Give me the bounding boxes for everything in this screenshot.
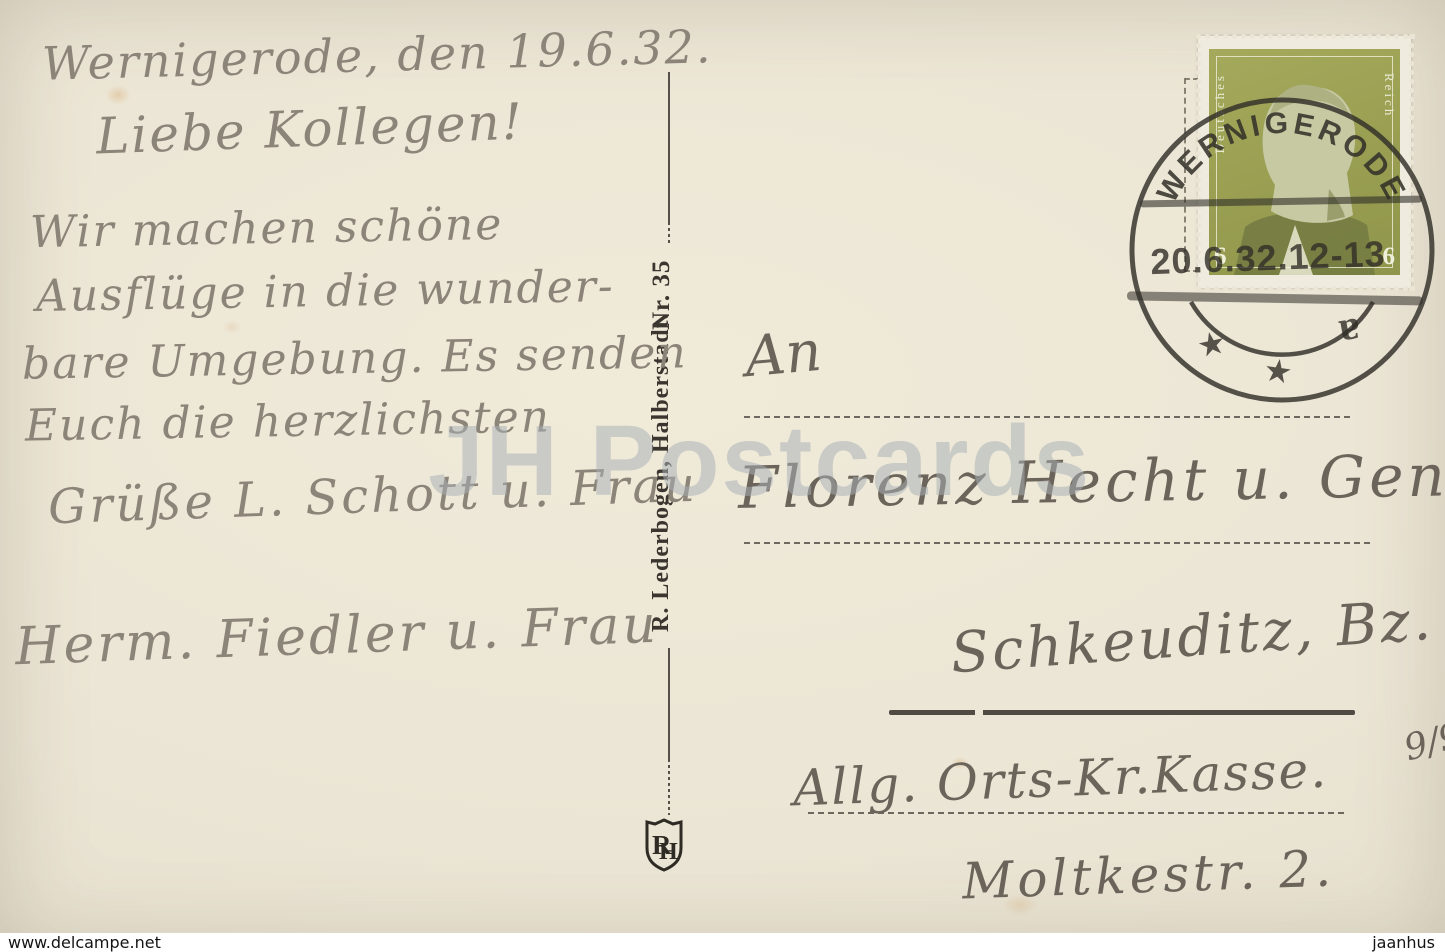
footer-strip: www.delcampe.net jaanhus <box>0 933 1445 952</box>
postcard-back-scan: { "message": { "dateline": "Wernigerode,… <box>0 0 1445 952</box>
divider-line-top-dashes <box>668 228 670 243</box>
monogram-letter-h: H <box>659 839 678 865</box>
postmark-index-letter: a <box>1336 308 1365 357</box>
svg-text:WERNIGERODE: WERNIGERODE <box>1151 107 1413 208</box>
message-line-1: Wir machen schöne <box>30 199 504 258</box>
postmark-star-left: ★ <box>1194 323 1230 364</box>
stamp-perforation-top <box>1194 32 1415 41</box>
postmark-town-arc-text: WERNIGERODE <box>1151 107 1413 208</box>
message-line-4: Euch die herzlichsten <box>25 391 552 451</box>
footer-source-url: www.delcampe.net <box>8 933 161 952</box>
town-underline <box>889 710 1355 715</box>
divider-line-top <box>668 72 670 225</box>
address-line-rule-2 <box>744 542 1372 544</box>
divider-line-bottom <box>668 648 670 762</box>
postmark-smudge-bar-lower <box>1127 291 1423 305</box>
postmark-star-right: ★ <box>1261 351 1294 391</box>
postmark-date: 20.6.32.12-13 <box>1150 233 1386 282</box>
message-line-2: Ausflüge in die wunder- <box>36 261 615 322</box>
footer-seller-name: jaanhus <box>1372 933 1435 952</box>
postmark: WERNIGERODE 20.6.32.12-13 ★ ★ a <box>1097 65 1445 440</box>
divider-line-bottom-dashes <box>668 765 670 815</box>
publisher-shield-logo: R H <box>644 818 684 877</box>
address-intro: An <box>742 319 824 390</box>
